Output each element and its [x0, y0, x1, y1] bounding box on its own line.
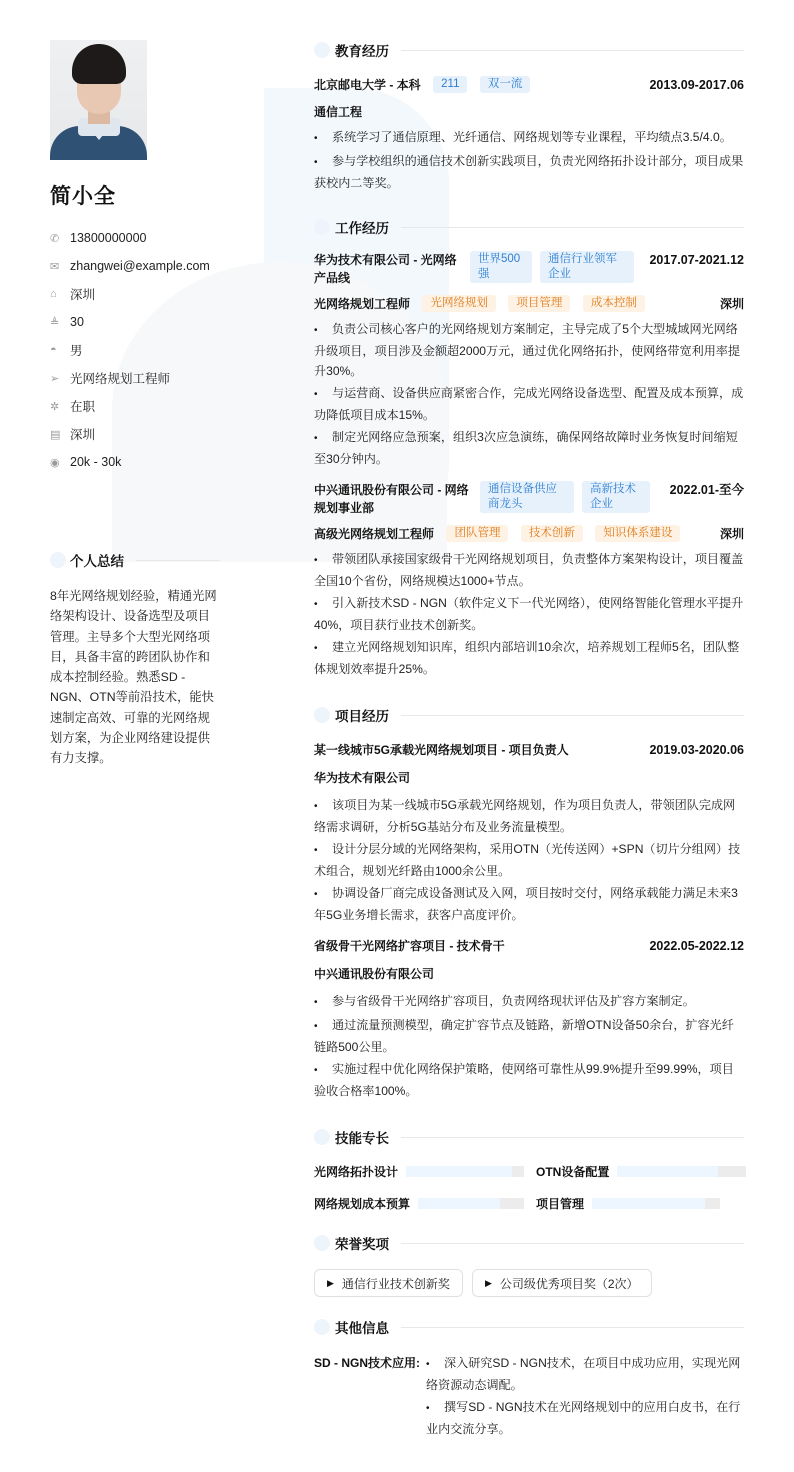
building-icon: ▤ [50, 428, 70, 441]
target-job-value: 光网络规划工程师 [70, 369, 170, 387]
bullet-item: •参与省级骨干光网络扩容项目，负责网络现状评估及扩容方案制定。 [314, 991, 744, 1013]
bullet-item: •深入研究SD - NGN技术，在项目中成功应用，实现光网络资源动态调配。 [426, 1353, 744, 1395]
role-tag: 知识体系建设 [595, 525, 680, 542]
bullet-item: •撰写SD - NGN技术在光网络规划中的应用白皮书，在行业内交流分享。 [426, 1397, 744, 1439]
company-tag: 通信设备供应商龙头 [480, 481, 574, 513]
skill-item: 网络规划成本预算 [314, 1193, 524, 1213]
skill-bar [592, 1198, 720, 1209]
role-tag: 成本控制 [583, 295, 645, 312]
info-gender: ◓ 男 [50, 336, 220, 364]
other-header: 其他信息 [314, 1315, 744, 1339]
bullet-item: •设计分层分域的光网络架构，采用OTN（光传送网）+SPN（切片分组网）技术组合… [314, 839, 744, 881]
awards-header: 荣誉奖项 [314, 1231, 744, 1255]
bullet-item: •与运营商、设备供应商紧密合作，完成光网络设备选型、配置及成本预算，成功降低项目… [314, 383, 744, 425]
bullet-item: •参与学校组织的通信技术创新实践项目，负责光网络拓扑设计部分，项目成果获校内二等… [314, 151, 744, 193]
info-target-job: ➢ 光网络规划工程师 [50, 364, 220, 392]
bullet-item: •该项目为某一线城市5G承载光网络规划，作为项目负责人，带领团队完成网络需求调研… [314, 795, 744, 837]
main-content: 教育经历 北京邮电大学 - 本科 211 双一流 2013.09-2017.06… [314, 38, 744, 1441]
other-entry: SD - NGN技术应用: •深入研究SD - NGN技术，在项目中成功应用，实… [314, 1353, 744, 1441]
work-header: 工作经历 [314, 215, 744, 239]
education-entry: 北京邮电大学 - 本科 211 双一流 2013.09-2017.06 通信工程… [314, 76, 744, 193]
skills-section: 技能专长 光网络拓扑设计 OTN设备配置 网络规划成本预算 项目管理 [314, 1125, 744, 1213]
triangle-right-icon: ▶ [327, 1278, 334, 1289]
skill-name: 项目管理 [536, 1195, 584, 1212]
target-city-value: 深圳 [70, 425, 95, 443]
section-dot-icon [314, 219, 330, 235]
triangle-right-icon: ▶ [485, 1278, 492, 1289]
skills-grid: 光网络拓扑设计 OTN设备配置 网络规划成本预算 项目管理 [314, 1161, 744, 1213]
bullet-item: •引入新技术SD - NGN（软件定义下一代光网络），使网络智能化管理水平提升4… [314, 593, 744, 635]
role-tag: 技术创新 [521, 525, 583, 542]
company-name: 中兴通讯股份有限公司 - 网络规划事业部 [314, 481, 474, 517]
work-bullets: •带领团队承接国家级骨干光网络规划项目，负责整体方案架构设计，项目覆盖全国10个… [314, 549, 744, 679]
send-icon: ➢ [50, 372, 70, 385]
project-name: 省级骨干光网络扩容项目 - 技术骨干 [314, 937, 505, 955]
skill-name: 网络规划成本预算 [314, 1195, 410, 1212]
role-tag: 光网络规划 [422, 295, 496, 312]
bullet-item: •实施过程中优化网络保护策略，使网络可靠性从99.9%提升至99.99%，项目验… [314, 1059, 744, 1101]
work-title: 工作经历 [335, 217, 389, 237]
divider [401, 50, 744, 51]
skill-bar [418, 1198, 524, 1209]
role-tag: 项目管理 [508, 295, 570, 312]
role-tag: 团队管理 [446, 525, 508, 542]
contact-info-list: ✆ 13800000000 ✉ zhangwei@example.com ⌂ 深… [50, 224, 220, 476]
gender-icon: ◓ [50, 344, 70, 356]
work-location: 深圳 [720, 295, 744, 313]
residence-value: 深圳 [70, 285, 95, 303]
email-value: zhangwei@example.com [70, 259, 210, 273]
skill-bar [406, 1166, 524, 1177]
skills-title: 技能专长 [335, 1127, 389, 1147]
bullet-item: •负责公司核心客户的光网络规划方案制定，主导完成了5个大型城域网光网络升级项目，… [314, 319, 744, 381]
school-name: 北京邮电大学 - 本科 [314, 78, 421, 92]
work-entry: 华为技术有限公司 - 光网络产品线 世界500强 通信行业领军企业 2017.0… [314, 251, 744, 469]
summary-text: 8年光网络规划经验，精通光网络架构设计、设备选型及项目管理。主导多个大型光网络项… [50, 586, 218, 769]
project-org: 华为技术有限公司 [314, 769, 744, 787]
info-salary: ◉ 20k - 30k [50, 448, 220, 476]
education-header: 教育经历 [314, 38, 744, 62]
info-residence: ⌂ 深圳 [50, 280, 220, 308]
other-section: 其他信息 SD - NGN技术应用: •深入研究SD - NGN技术，在项目中成… [314, 1315, 744, 1441]
salary-icon: ◉ [50, 456, 70, 469]
skill-item: OTN设备配置 [536, 1161, 746, 1181]
company-tag: 通信行业领军企业 [540, 251, 634, 283]
other-title: 其他信息 [335, 1317, 389, 1337]
project-date: 2022.05-2022.12 [649, 937, 744, 955]
bullet-item: •制定光网络应急预案，组织3次应急演练，确保网络故障时业务恢复时间缩短至30分钟… [314, 427, 744, 469]
work-date: 2017.07-2021.12 [649, 251, 744, 269]
phone-icon: ✆ [50, 232, 70, 245]
school-tag: 双一流 [480, 76, 531, 93]
summary-title: 个人总结 [70, 550, 124, 570]
phone-value: 13800000000 [70, 231, 146, 245]
awards-section: 荣誉奖项 ▶ 通信行业技术创新奖 ▶ 公司级优秀项目奖（2次） [314, 1231, 744, 1297]
project-date: 2019.03-2020.06 [649, 741, 744, 759]
work-section: 工作经历 华为技术有限公司 - 光网络产品线 世界500强 通信行业领军企业 2… [314, 215, 744, 679]
summary-header: 个人总结 [50, 550, 220, 570]
award-item[interactable]: ▶ 公司级优秀项目奖（2次） [472, 1269, 652, 1297]
job-role: 光网络规划工程师 [314, 297, 410, 311]
section-dot-icon [314, 707, 330, 723]
status-value: 在职 [70, 397, 95, 415]
education-date: 2013.09-2017.06 [649, 76, 744, 94]
projects-title: 项目经历 [335, 705, 389, 725]
project-org: 中兴通讯股份有限公司 [314, 965, 744, 983]
award-label: 公司级优秀项目奖（2次） [500, 1275, 639, 1292]
skill-name: 光网络拓扑设计 [314, 1163, 398, 1180]
gender-value: 男 [70, 341, 83, 359]
project-entry: 某一线城市5G承载光网络规划项目 - 项目负责人 2019.03-2020.06… [314, 741, 744, 925]
age-icon: ≜ [50, 316, 70, 329]
age-value: 30 [70, 315, 84, 329]
bullet-item: •协调设备厂商完成设备测试及入网，项目按时交付，网络承载能力满足未来3年5G业务… [314, 883, 744, 925]
project-bullets: •参与省级骨干光网络扩容项目，负责网络现状评估及扩容方案制定。 •通过流量预测模… [314, 991, 744, 1101]
awards-list: ▶ 通信行业技术创新奖 ▶ 公司级优秀项目奖（2次） [314, 1269, 744, 1297]
info-status: ✲ 在职 [50, 392, 220, 420]
skill-bar [617, 1166, 746, 1177]
project-name: 某一线城市5G承载光网络规划项目 - 项目负责人 [314, 741, 569, 759]
section-dot-icon [314, 1319, 330, 1335]
candidate-name: 简小全 [50, 180, 220, 210]
status-icon: ✲ [50, 400, 70, 413]
work-location: 深圳 [720, 525, 744, 543]
divider [401, 1243, 744, 1244]
projects-section: 项目经历 某一线城市5G承载光网络规划项目 - 项目负责人 2019.03-20… [314, 703, 744, 1101]
section-dot-icon [314, 1235, 330, 1251]
company-name: 华为技术有限公司 - 光网络产品线 [314, 251, 464, 287]
project-bullets: •该项目为某一线城市5G承载光网络规划，作为项目负责人，带领团队完成网络需求调研… [314, 795, 744, 925]
major: 通信工程 [314, 103, 744, 121]
award-item[interactable]: ▶ 通信行业技术创新奖 [314, 1269, 463, 1297]
home-icon: ⌂ [50, 288, 70, 300]
divider [401, 1137, 744, 1138]
section-dot-icon [314, 1129, 330, 1145]
company-tag: 高新技术企业 [582, 481, 650, 513]
resume-page: 简小全 ✆ 13800000000 ✉ zhangwei@example.com… [0, 0, 794, 1472]
sidebar: 简小全 ✆ 13800000000 ✉ zhangwei@example.com… [50, 40, 220, 769]
email-icon: ✉ [50, 260, 70, 273]
other-bullets: •深入研究SD - NGN技术，在项目中成功应用，实现光网络资源动态调配。 •撰… [426, 1353, 744, 1441]
skill-name: OTN设备配置 [536, 1163, 609, 1180]
award-label: 通信行业技术创新奖 [342, 1275, 450, 1292]
bullet-item: •建立光网络规划知识库，组织内部培训10余次，培养规划工程师5名，团队整体规划效… [314, 637, 744, 679]
work-bullets: •负责公司核心客户的光网络规划方案制定，主导完成了5个大型城域网光网络升级项目，… [314, 319, 744, 469]
skill-item: 光网络拓扑设计 [314, 1161, 524, 1181]
info-age: ≜ 30 [50, 308, 220, 336]
info-phone: ✆ 13800000000 [50, 224, 220, 252]
divider [401, 227, 744, 228]
projects-header: 项目经历 [314, 703, 744, 727]
education-section: 教育经历 北京邮电大学 - 本科 211 双一流 2013.09-2017.06… [314, 38, 744, 193]
skills-header: 技能专长 [314, 1125, 744, 1149]
school-tag: 211 [433, 76, 467, 93]
bullet-item: •系统学习了通信原理、光纤通信、网络规划等专业课程，平均绩点3.5/4.0。 [314, 127, 744, 149]
salary-value: 20k - 30k [70, 455, 121, 469]
work-date: 2022.01-至今 [670, 481, 744, 499]
other-label: SD - NGN技术应用: [314, 1353, 426, 1441]
section-dot-icon [50, 552, 66, 568]
bullet-item: •通过流量预测模型，确定扩容节点及链路，新增OTN设备50余台，扩容光纤链路50… [314, 1015, 744, 1057]
project-entry: 省级骨干光网络扩容项目 - 技术骨干 2022.05-2022.12 中兴通讯股… [314, 937, 744, 1101]
info-target-city: ▤ 深圳 [50, 420, 220, 448]
divider [401, 1327, 744, 1328]
job-role: 高级光网络规划工程师 [314, 527, 434, 541]
divider [401, 715, 744, 716]
awards-title: 荣誉奖项 [335, 1233, 389, 1253]
education-bullets: •系统学习了通信原理、光纤通信、网络规划等专业课程，平均绩点3.5/4.0。 •… [314, 127, 744, 193]
education-title: 教育经历 [335, 40, 389, 60]
skill-item: 项目管理 [536, 1193, 720, 1213]
section-dot-icon [314, 42, 330, 58]
bullet-item: •带领团队承接国家级骨干光网络规划项目，负责整体方案架构设计，项目覆盖全国10个… [314, 549, 744, 591]
divider [136, 560, 220, 561]
work-entry: 中兴通讯股份有限公司 - 网络规划事业部 通信设备供应商龙头 高新技术企业 20… [314, 481, 744, 679]
company-tag: 世界500强 [470, 251, 532, 283]
avatar-photo [50, 40, 147, 160]
info-email: ✉ zhangwei@example.com [50, 252, 220, 280]
